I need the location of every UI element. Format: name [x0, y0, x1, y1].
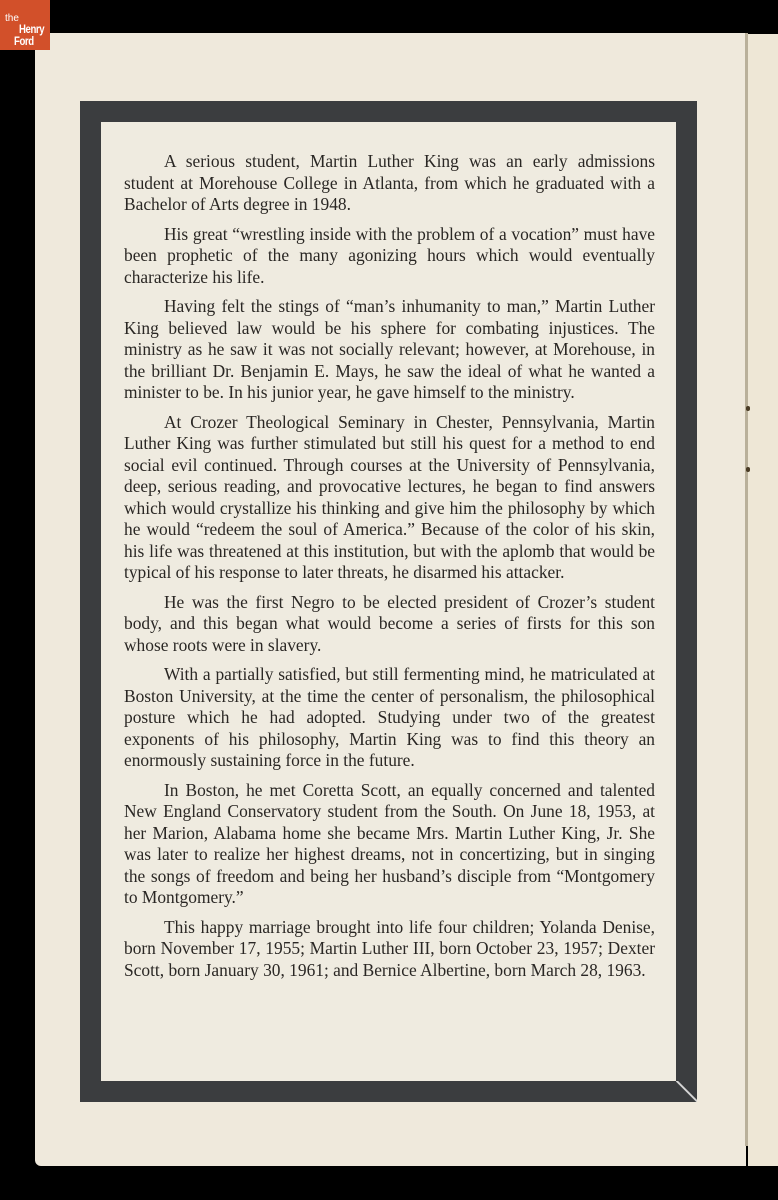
frame-corner-bevel: [676, 1081, 697, 1102]
henry-ford-logo: the Henry Ford: [0, 0, 50, 50]
biography-text: A serious student, Martin Luther King wa…: [124, 151, 655, 989]
paragraph-crozer: At Crozer Theological Seminary in Cheste…: [124, 412, 655, 584]
staple-mark: [746, 467, 750, 472]
paragraph-vocation: His great “wrestling inside with the pro…: [124, 224, 655, 289]
logo-ford: Ford: [14, 35, 34, 47]
paragraph-boston-university: With a partially satisfied, but still fe…: [124, 664, 655, 772]
staple-mark: [746, 406, 750, 411]
paragraph-children: This happy marriage brought into life fo…: [124, 917, 655, 982]
paragraph-student-body: He was the first Negro to be elected pre…: [124, 592, 655, 657]
facing-page-edge: [748, 34, 778, 1166]
paragraph-ministry: Having felt the stings of “man’s inhuman…: [124, 296, 655, 404]
paragraph-morehouse: A serious student, Martin Luther King wa…: [124, 151, 655, 216]
paragraph-coretta: In Boston, he met Coretta Scott, an equa…: [124, 780, 655, 909]
logo-the: the: [5, 14, 19, 24]
